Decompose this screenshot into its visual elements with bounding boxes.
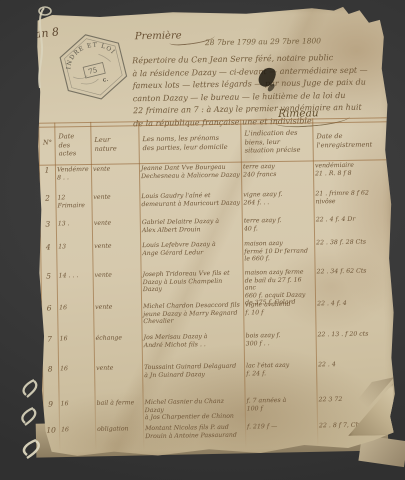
cell-enregistrement: 22 . 4: [318, 360, 394, 369]
cell-nature: vente: [96, 364, 141, 372]
cell-no: 2: [39, 194, 55, 202]
cell-enregistrement: 22 . 4 f. 4 Dr: [316, 215, 392, 224]
cell-enregistrement: 21 . frimre 8 f 62 nivôse: [315, 189, 391, 205]
table-row: 5 14 . . . vente Joseph Tridoreau Vve fi…: [31, 267, 397, 273]
cell-parties: Toussaint Guinard Delaguard à Jn Guinard…: [144, 363, 243, 380]
table-row: 6 16 vente Michel Chardon Desaccord fils…: [31, 299, 397, 305]
column-header-number: N°: [40, 138, 54, 147]
stamp-value: 75: [88, 66, 99, 76]
cell-biens: terre azay 240 francs: [243, 162, 311, 178]
table-row: 10 16 obligation Montant Nicolas fils P.…: [33, 421, 399, 427]
revenue-stamp: INDRE ET LOIRE 75 c.: [50, 24, 137, 109]
cell-parties: Michel Gasnier du Chanz Dazay à Jos Char…: [145, 398, 244, 422]
stamp-unit: c.: [102, 76, 109, 84]
table-row: 2 12 Frimaire vente Louis Gaudry l'aîné …: [29, 189, 395, 195]
cell-date: 16: [59, 304, 92, 312]
year-annotation: an 8: [34, 25, 60, 41]
cell-no: 1: [39, 166, 55, 174]
cell-date: 16: [61, 426, 94, 434]
column-header-nature: Leur nature: [94, 135, 136, 153]
cell-date: 16: [61, 400, 94, 408]
cell-parties: Joseph Tridoreau Vve fils et Dazay à Lou…: [143, 270, 242, 294]
archive-scan-canvas: an 8 INDRE ET LOIRE 75 c. Première 28 7b…: [0, 0, 405, 480]
stamp-region-label: INDRE ET LOIRE: [50, 24, 118, 74]
cell-parties: Jos Merisau Dazay à André Michot fils . …: [144, 333, 243, 350]
cell-no: 9: [43, 400, 59, 408]
cell-nature: vente: [94, 219, 139, 227]
date-range: 28 7bre 1799 au 29 7bre 1800: [205, 36, 321, 47]
cell-nature: vente: [94, 242, 139, 250]
cell-nature: vente: [93, 193, 138, 201]
cell-date: 13 .: [58, 220, 91, 228]
cell-biens: maison azay fermé 10 Dr ferrand le 660 f…: [244, 239, 312, 263]
table-row: 7 16 échange Jos Merisau Dazay à André M…: [32, 330, 398, 336]
cell-date: 14 . . .: [59, 272, 92, 280]
cell-parties: Montant Nicolas fils P. aud Drouin à Ant…: [145, 424, 244, 441]
cell-biens: vigne azay f. 264 f. . .: [243, 190, 311, 206]
cell-biens: vigne avallend f. 10 f: [245, 300, 313, 316]
column-header-date: Date des actes: [58, 132, 88, 158]
cell-no: 6: [41, 304, 57, 312]
cell-biens: terre azay f. 40 f.: [244, 216, 312, 232]
column-header-biens: L'indication des biens, leur situation p…: [244, 128, 310, 155]
cell-parties: Louis Lefebvre Dazay à Ange Gérard Ledur: [142, 241, 241, 258]
cell-parties: Louis Gaudry l'aîné et demeurant à Mauri…: [141, 192, 240, 209]
cell-nature: vente: [93, 165, 138, 173]
cell-biens: lac l'état azay f. 24 f.: [246, 361, 314, 377]
cell-enregistrement: 22 . 4 f. 4: [317, 299, 393, 308]
table-row: 8 16 vente Toussaint Guinard Delaguard à…: [32, 360, 398, 366]
table-row: 3 13 . vente Gabriel Delaitre Dazay à Al…: [30, 215, 396, 221]
column-header-parties: Les noms, les prénoms des parties, leur …: [142, 134, 238, 153]
cell-enregistrement: 22 . 34 f. 62 Cts: [317, 267, 393, 276]
table-row: 9 16 bail à ferme Michel Gasnier du Chan…: [33, 395, 399, 401]
thread-tuft-1: [24, 380, 37, 397]
cell-no: 7: [42, 335, 58, 343]
cell-date: 16: [60, 365, 93, 373]
cell-biens: f. 7 années à 100 f: [247, 396, 315, 412]
cell-biens: bois azay f. 300 f . .: [246, 331, 314, 347]
cell-date: Vendémre 8 . .: [57, 166, 90, 182]
cell-enregistrement: vendémiaire 21 . R. 8 f 8: [315, 161, 391, 177]
cell-nature: bail à ferme: [97, 399, 142, 407]
cell-parties: Michel Chardon Desaccord fils jeune Daza…: [143, 302, 242, 326]
cell-parties: Jeanne Dant Vve Bourgeau Dechesneau à Ma…: [141, 164, 240, 181]
cell-nature: obligation: [97, 425, 142, 433]
register-page: an 8 INDRE ET LOIRE 75 c. Première 28 7b…: [26, 5, 399, 463]
column-header-enregistrement: Date de l'enregistrement: [316, 131, 388, 149]
cell-date: 13: [58, 243, 91, 251]
cell-biens: f. 219 f —: [247, 422, 315, 431]
cell-enregistrement: 22 . 38 f. 28 Cts: [316, 238, 392, 247]
cell-date: 12 Frimaire: [57, 194, 90, 210]
cell-date: 16: [60, 335, 93, 343]
cell-nature: vente: [95, 303, 140, 311]
cell-enregistrement: 22 . 13 . f 20 cts: [318, 330, 394, 339]
table-row: 4 13 vente Louis Lefebvre Dazay à Ange G…: [30, 238, 396, 244]
cell-no: 4: [40, 243, 56, 251]
thread-loop-icon: [39, 7, 51, 15]
cell-no: 5: [41, 272, 57, 280]
cell-parties: Gabriel Delaitre Dazay à Alex Albert Dro…: [142, 218, 241, 235]
cell-no: 3: [40, 220, 56, 228]
cell-nature: vente: [95, 271, 140, 279]
cell-no: 8: [42, 365, 58, 373]
thread-tuft-2: [22, 408, 35, 425]
cell-nature: échange: [96, 334, 141, 342]
